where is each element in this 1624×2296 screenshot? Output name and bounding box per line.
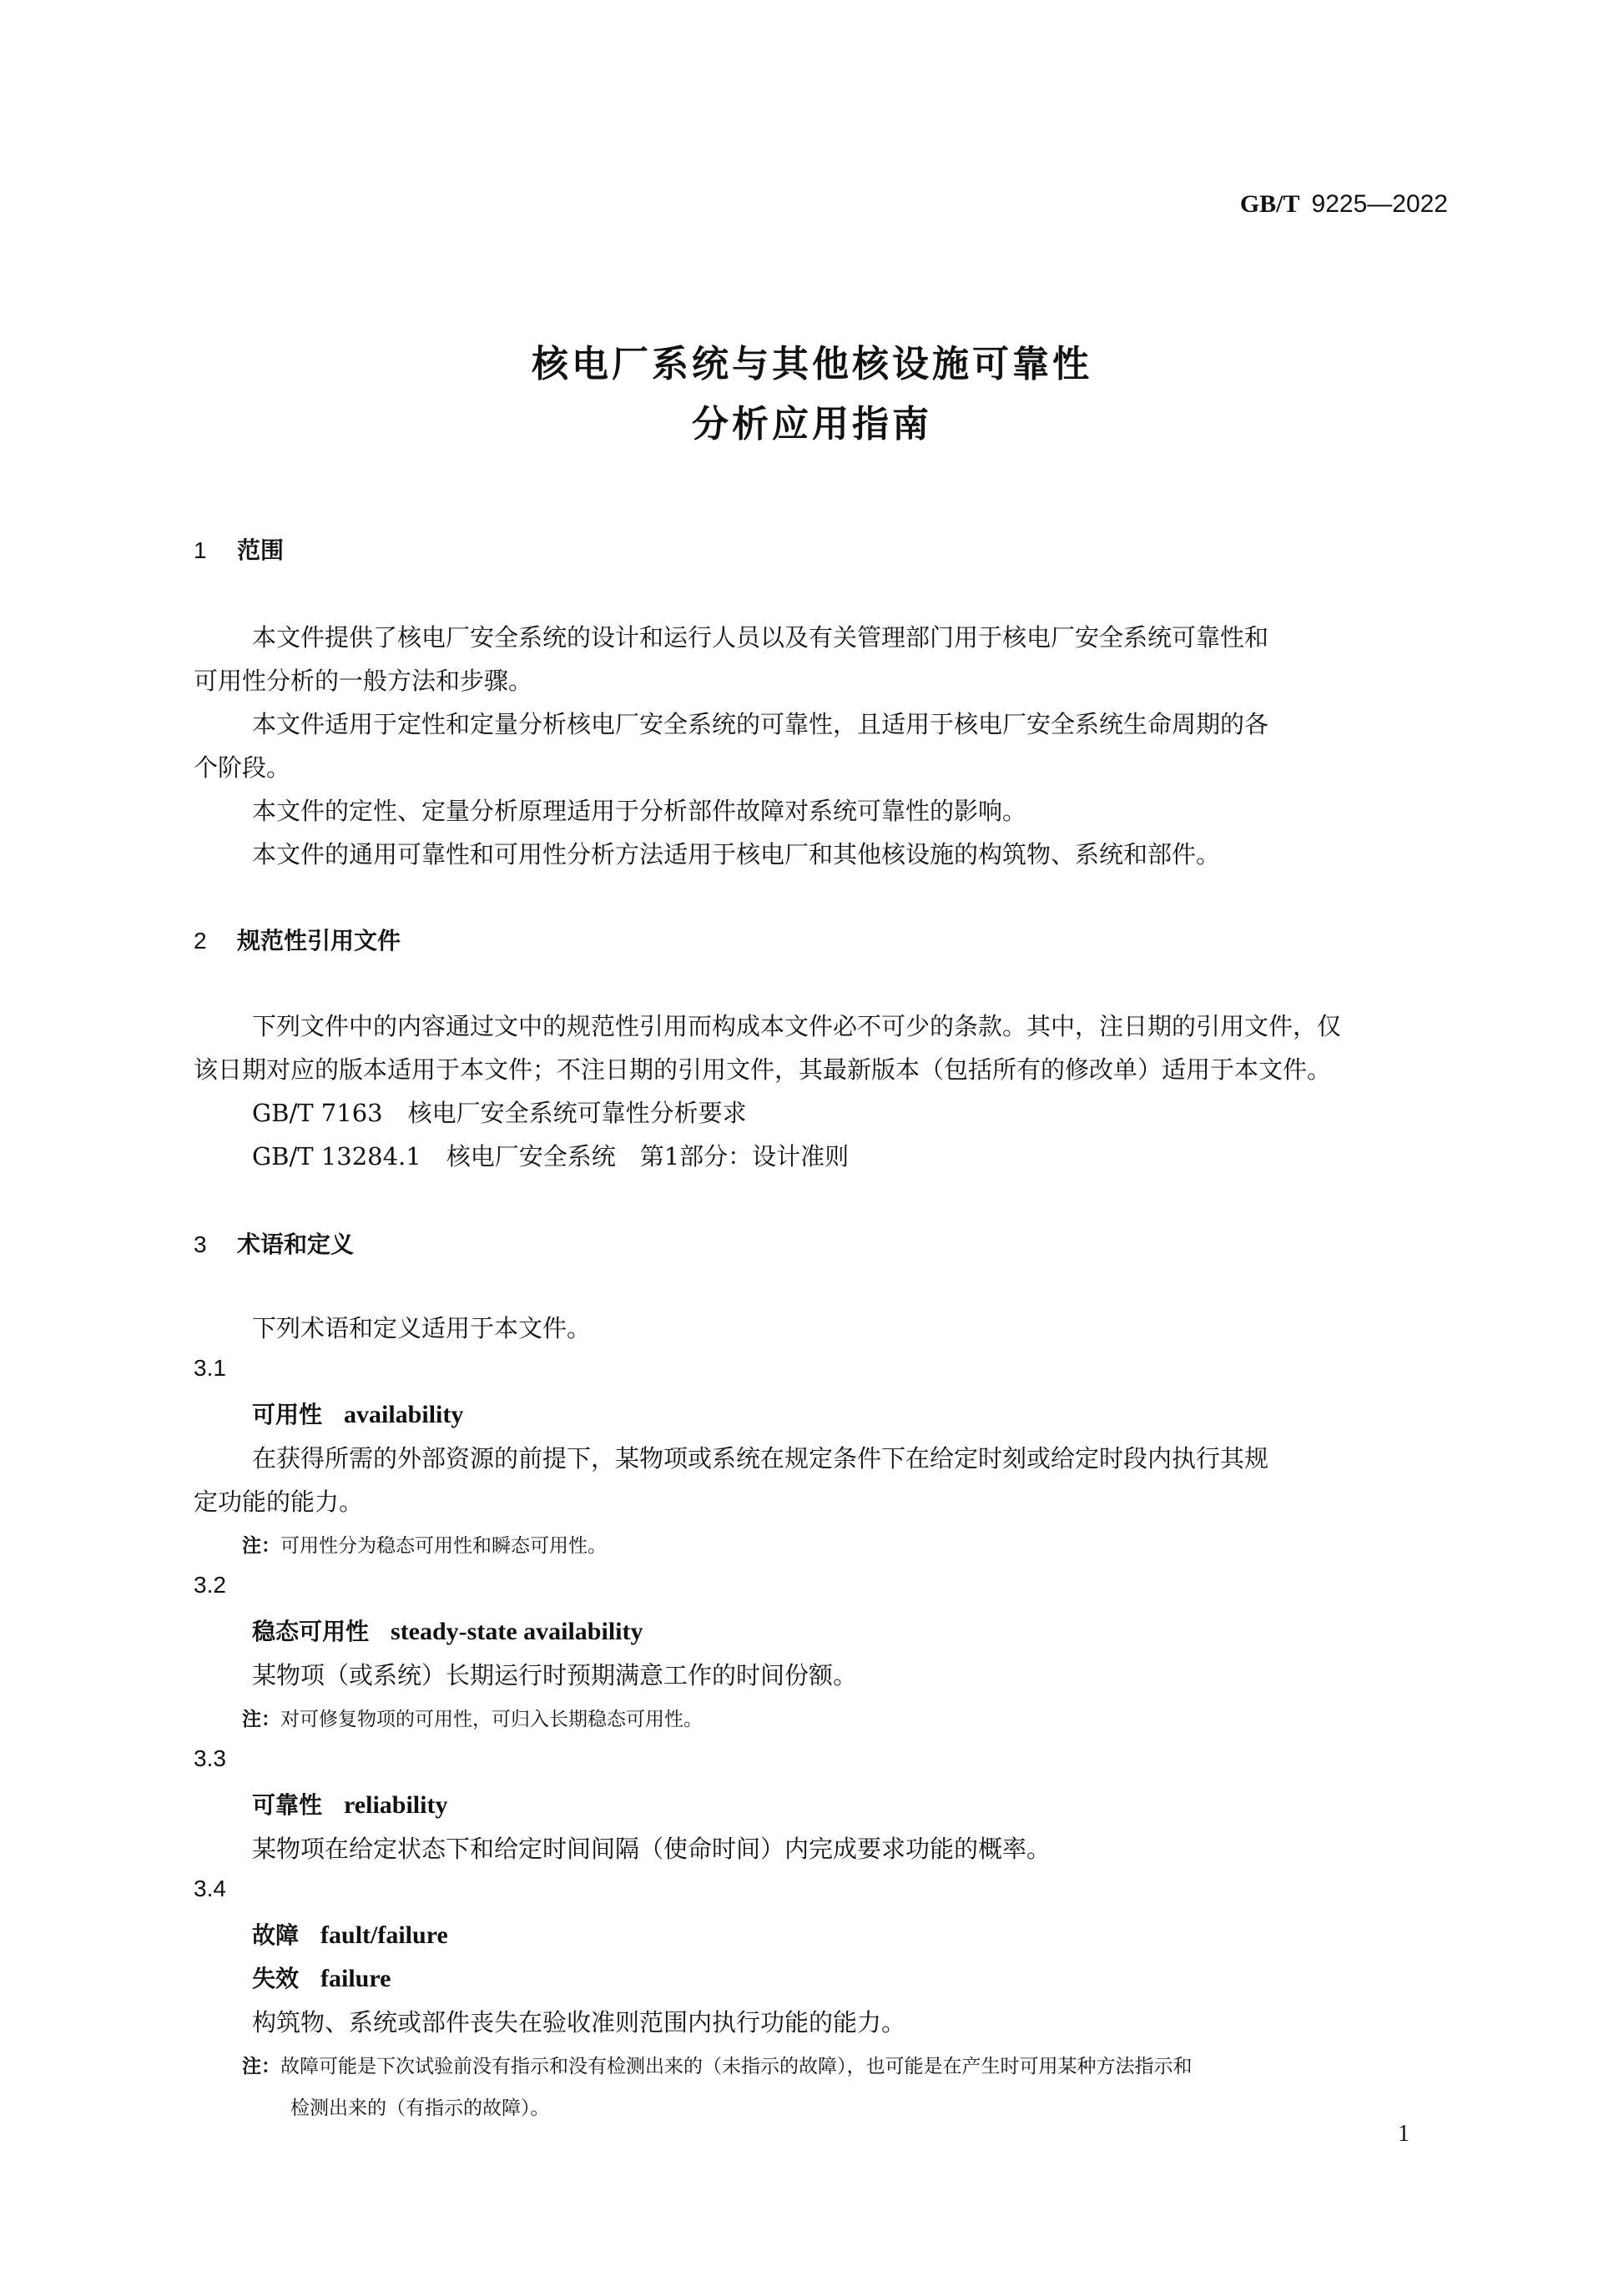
document-title-line2: 分析应用指南 [0, 394, 1624, 447]
section-number: 3 [194, 1231, 237, 1258]
term-entry: 故障fault/failure [252, 1917, 448, 1951]
term-zh: 失效 [252, 1965, 299, 1992]
reference-title: 核电厂安全系统可靠性分析要求 [408, 1099, 747, 1127]
scope-para2-line1: 本文件适用于定性和定量分析核电厂安全系统的可靠性，且适用于核电厂安全系统生命周期… [252, 706, 1268, 740]
scope-para2-line2: 个阶段。 [194, 749, 290, 783]
note-label: 注： [242, 1535, 280, 1557]
term-zh: 可靠性 [252, 1791, 322, 1819]
reference-title: 核电厂安全系统 第1部分：设计准则 [446, 1142, 849, 1171]
section-title: 规范性引用文件 [237, 927, 401, 954]
term-en: failure [320, 1965, 391, 1992]
standard-number: 9225—2022 [1312, 190, 1448, 218]
section-heading-terms-definitions: 3术语和定义 [194, 1226, 354, 1260]
terms-intro: 下列术语和定义适用于本文件。 [252, 1310, 591, 1344]
scope-para1-line2: 可用性分析的一般方法和步骤。 [194, 662, 532, 697]
scope-para4: 本文件的通用可靠性和可用性分析方法适用于核电厂和其他核设施的构筑物、系统和部件。 [252, 836, 1220, 870]
section-title: 范围 [237, 536, 284, 564]
note-text: 对可修复物项的可用性，可归入长期稳态可用性。 [280, 1709, 703, 1730]
term-definition-line1: 在获得所需的外部资源的前提下，某物项或系统在规定条件下在给定时刻或给定时段内执行… [252, 1440, 1268, 1474]
reference-item: GB/T 13284.1核电厂安全系统 第1部分：设计准则 [252, 1138, 849, 1172]
term-definition-line1: 某物项在给定状态下和给定时间间隔（使命时间）内完成要求功能的概率。 [252, 1830, 1051, 1865]
clause-number: 3.1 [194, 1355, 226, 1382]
term-note: 注：对可修复物项的可用性，可归入长期稳态可用性。 [242, 1704, 703, 1731]
section-number: 2 [194, 928, 237, 954]
term-definition-line2: 定功能的能力。 [194, 1483, 363, 1518]
term-en: fault/failure [320, 1921, 448, 1949]
note-text: 故障可能是下次试验前没有指示和没有检测出来的（未指示的故障），也可能是在产生时可… [280, 2056, 1193, 2077]
note-label: 注： [242, 1709, 280, 1730]
note-text: 可用性分为稳态可用性和瞬态可用性。 [280, 1535, 607, 1557]
term-en: steady-state availability [391, 1618, 643, 1645]
section-title: 术语和定义 [237, 1231, 354, 1258]
term-definition-line1: 构筑物、系统或部件丧失在验收准则范围内执行功能的能力。 [252, 2004, 905, 2038]
section-number: 1 [194, 537, 237, 564]
term-entry: 稳态可用性steady-state availability [252, 1614, 643, 1647]
term-en: availability [344, 1401, 463, 1428]
reference-code: GB/T 13284.1 [252, 1142, 421, 1171]
references-intro-line2: 该日期对应的版本适用于本文件；不注日期的引用文件，其最新版本（包括所有的修改单）… [194, 1051, 1331, 1085]
term-note: 注：可用性分为稳态可用性和瞬态可用性。 [242, 1530, 607, 1558]
clause-number: 3.2 [194, 1572, 226, 1599]
scope-para1-line1: 本文件提供了核电厂安全系统的设计和运行人员以及有关管理部门用于核电厂安全系统可靠… [252, 619, 1268, 653]
term-zh: 可用性 [252, 1401, 322, 1428]
standard-prefix: GB/T [1240, 190, 1300, 218]
clause-number: 3.3 [194, 1745, 226, 1772]
term-note-line2: 检测出来的（有指示的故障）。 [290, 2092, 550, 2120]
reference-code: GB/T 7163 [252, 1099, 383, 1127]
term-zh: 稳态可用性 [252, 1618, 369, 1645]
term-definition-line1: 某物项（或系统）长期运行时预期满意工作的时间份额。 [252, 1657, 857, 1691]
reference-item: GB/T 7163核电厂安全系统可靠性分析要求 [252, 1095, 747, 1129]
references-intro-line1: 下列文件中的内容通过文中的规范性引用而构成本文件必不可少的条款。其中，注日期的引… [252, 1008, 1341, 1042]
section-heading-scope: 1范围 [194, 532, 284, 566]
term-entry: 可用性availability [252, 1397, 463, 1430]
scope-para3: 本文件的定性、定量分析原理适用于分析部件故障对系统可靠性的影响。 [252, 793, 1026, 827]
term-zh: 故障 [252, 1921, 299, 1949]
term-note: 注：故障可能是下次试验前没有指示和没有检测出来的（未指示的故障），也可能是在产生… [242, 2051, 1193, 2078]
page-number: 1 [1398, 2121, 1410, 2147]
term-entry: 可靠性reliability [252, 1787, 447, 1820]
clause-number: 3.4 [194, 1876, 226, 1902]
term-entry-synonym: 失效failure [252, 1961, 391, 1994]
term-en: reliability [344, 1791, 447, 1819]
standard-code: GB/T9225—2022 [1240, 190, 1448, 219]
note-label: 注： [242, 2056, 280, 2077]
document-title-line1: 核电厂系统与其他核设施可靠性 [0, 334, 1624, 387]
section-heading-normative-references: 2规范性引用文件 [194, 923, 401, 956]
